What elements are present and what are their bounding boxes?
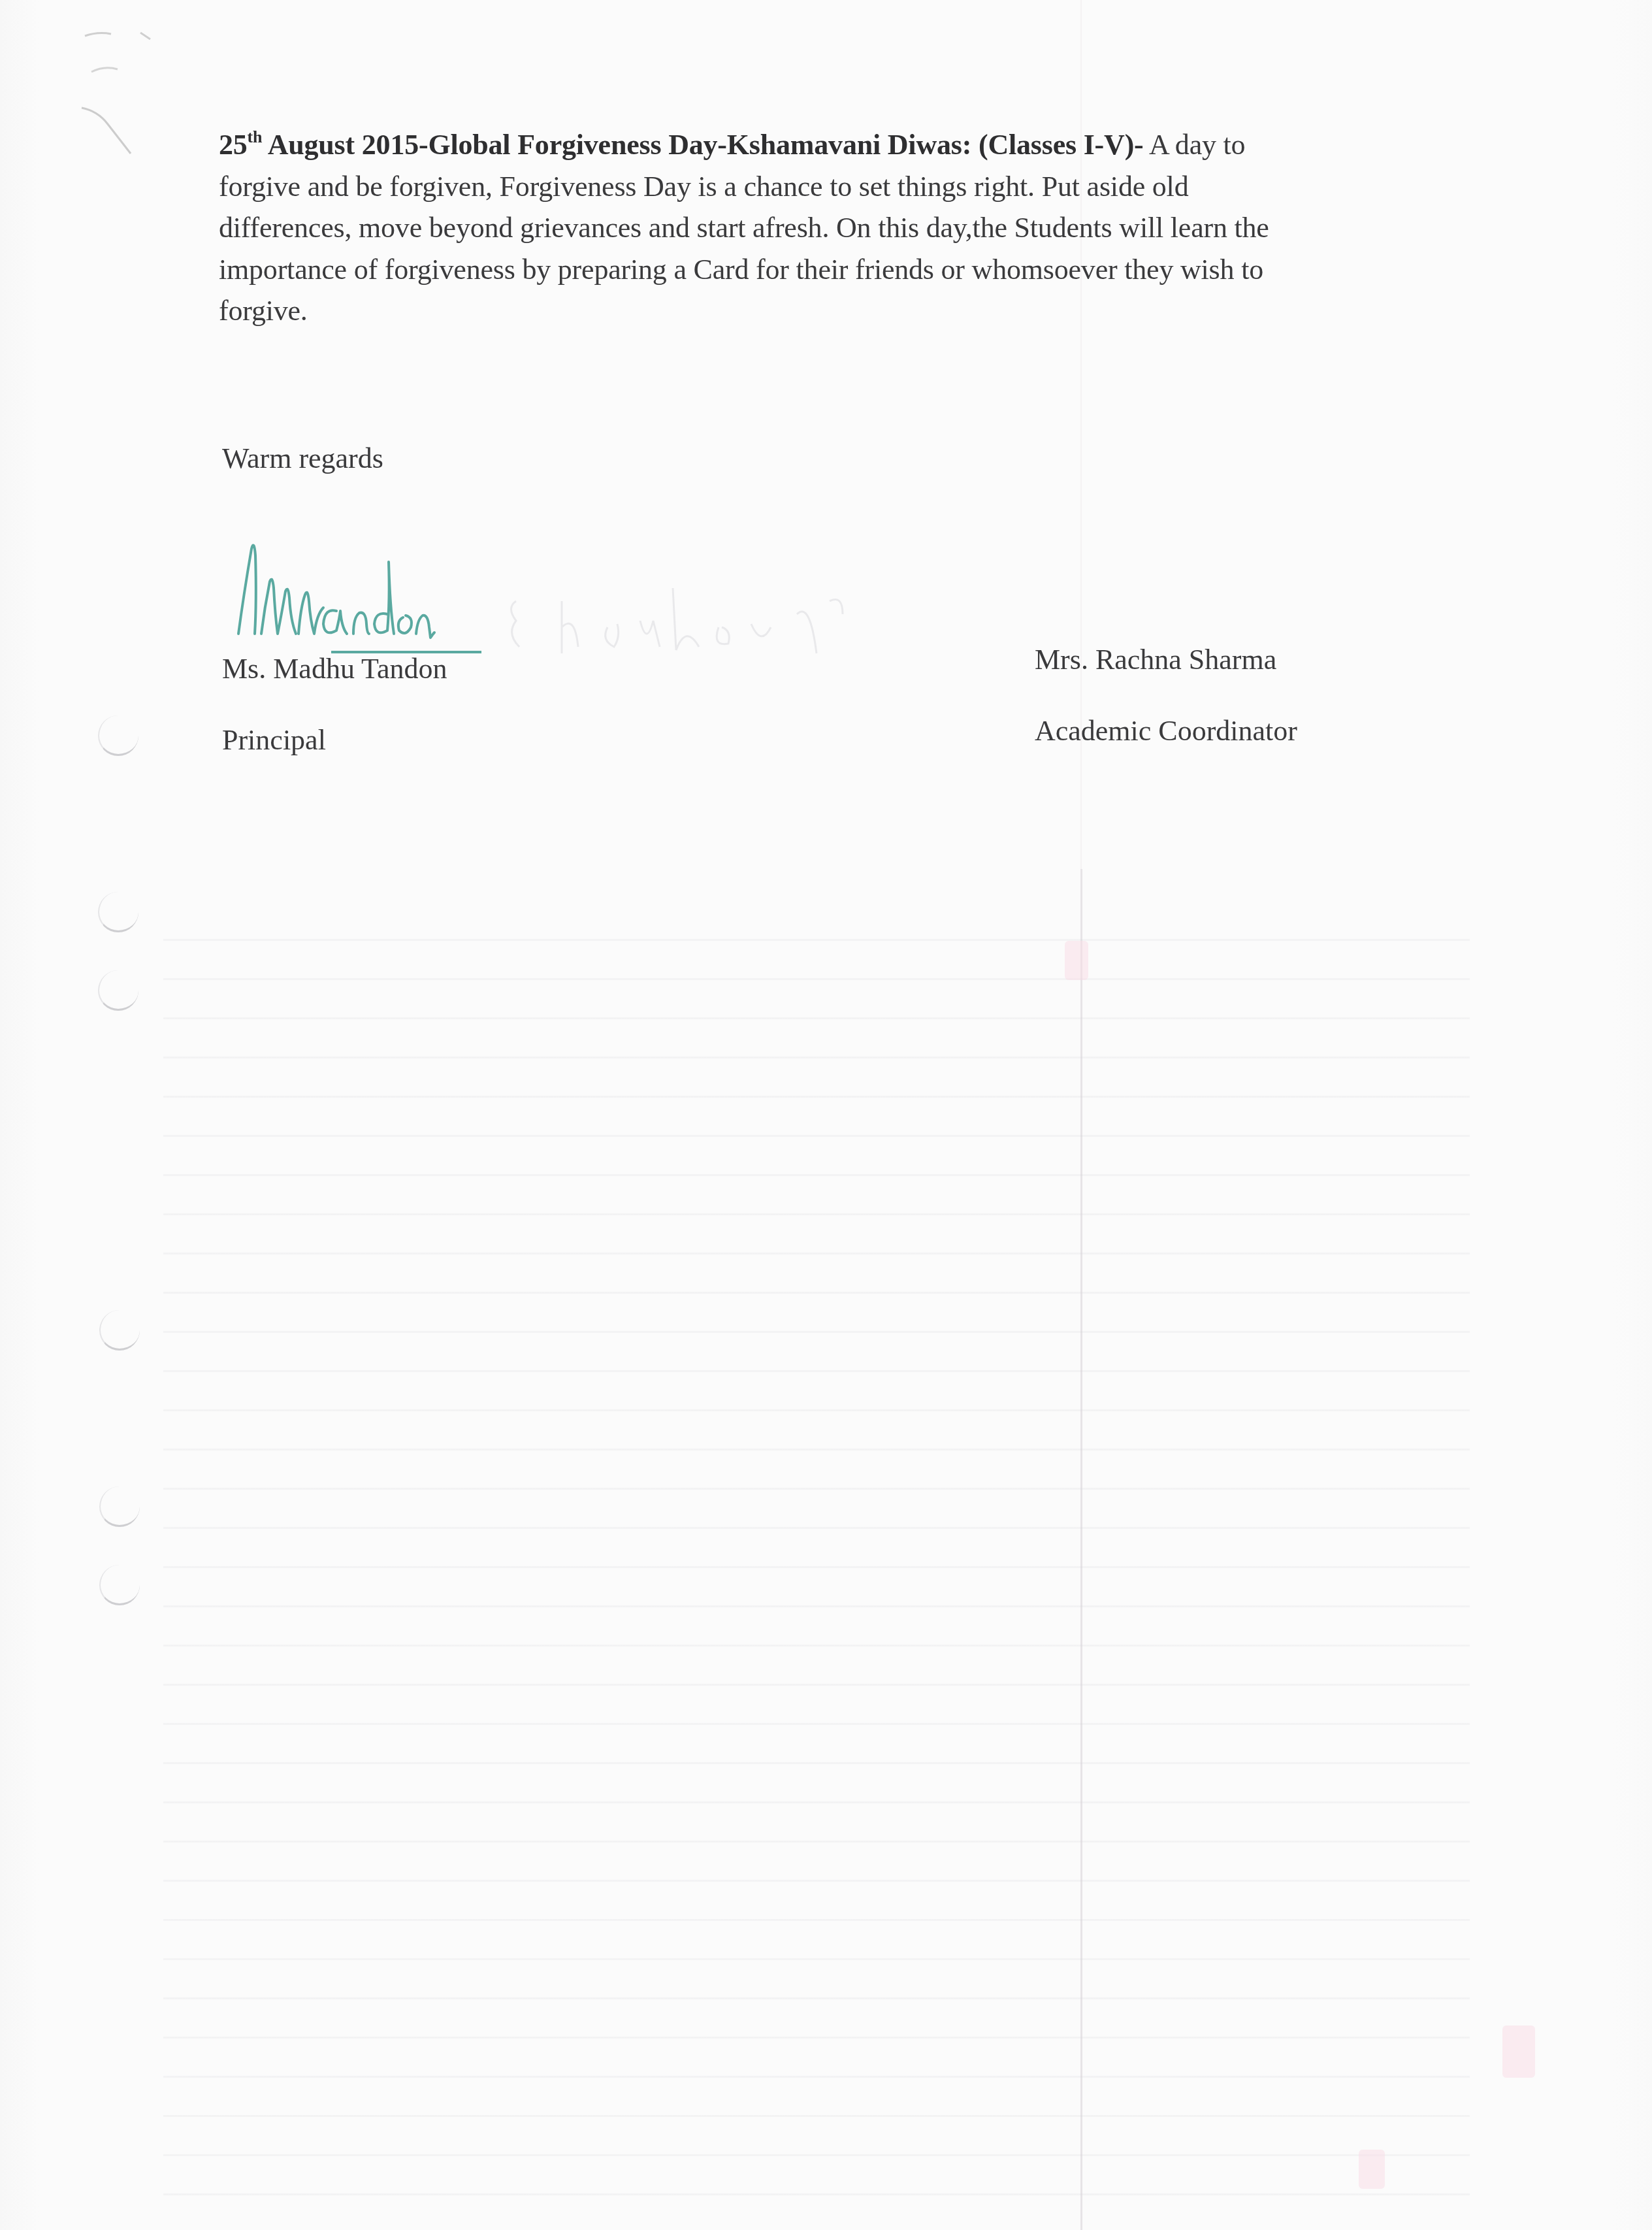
stain-mark xyxy=(1065,941,1088,980)
event-date-day: 25 xyxy=(219,129,248,161)
hole-punch-mark xyxy=(98,970,138,1011)
stain-mark xyxy=(1502,2025,1535,2078)
bleed-through-lines xyxy=(163,902,1470,2195)
event-date-suffix: th xyxy=(248,127,263,146)
hole-punch-mark xyxy=(99,1310,140,1351)
bleed-through-handwriting xyxy=(503,575,928,666)
paragraph-text: A day to xyxy=(1144,129,1246,161)
corner-scribble-icon xyxy=(78,26,183,157)
paragraph-line-3: differences, move beyond grievances and … xyxy=(219,207,1447,249)
paragraph-line-4: importance of forgiveness by preparing a… xyxy=(219,249,1447,291)
event-heading-text: August 2015-Global Forgiveness Day-Ksham… xyxy=(262,129,1143,161)
principal-name: Ms. Madhu Tandon xyxy=(222,652,447,685)
hole-punch-mark xyxy=(98,715,138,756)
hole-punch-mark xyxy=(99,1486,140,1527)
event-heading: 25th August 2015-Global Forgiveness Day-… xyxy=(219,129,1144,161)
coordinator-title: Academic Coordinator xyxy=(1035,714,1297,747)
stain-mark xyxy=(1359,2150,1385,2189)
principal-signature xyxy=(225,536,500,666)
paragraph-line-1: 25th August 2015-Global Forgiveness Day-… xyxy=(219,124,1447,166)
hole-punch-mark xyxy=(99,1565,140,1605)
principal-title: Principal xyxy=(222,723,326,757)
event-paragraph: 25th August 2015-Global Forgiveness Day-… xyxy=(219,124,1447,332)
closing-salutation: Warm regards xyxy=(222,442,383,475)
hole-punch-mark xyxy=(98,892,138,932)
paragraph-line-2: forgive and be forgiven, Forgiveness Day… xyxy=(219,166,1447,208)
scanned-page: 25th August 2015-Global Forgiveness Day-… xyxy=(0,0,1652,2230)
paragraph-line-5: forgive. xyxy=(219,290,1447,332)
coordinator-name: Mrs. Rachna Sharma xyxy=(1035,643,1276,676)
